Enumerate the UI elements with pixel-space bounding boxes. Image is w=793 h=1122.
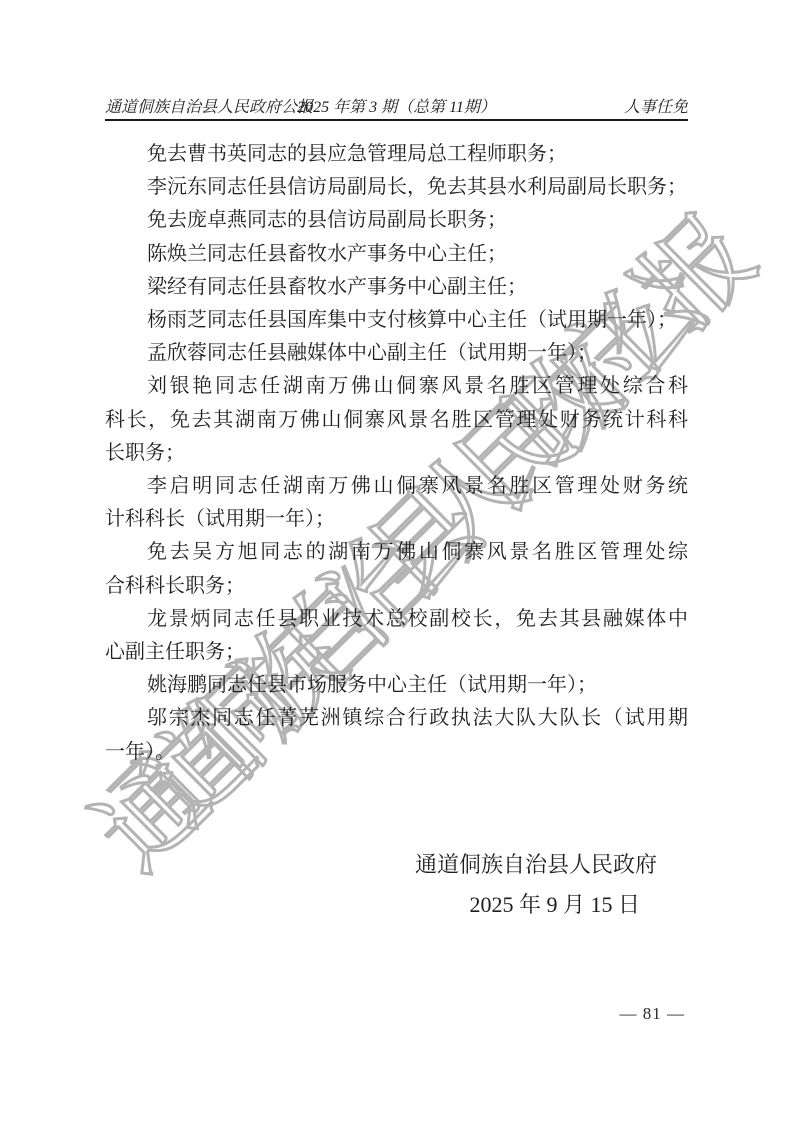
body-line: 合科科长职务； bbox=[105, 570, 688, 603]
running-header: 通道侗族自治县人民政府公报 2025 年第 3 期（总第 11期） 人事任免 bbox=[105, 92, 688, 121]
body-line: 李启明同志任湖南万佛山侗寨风景名胜区管理处财务统 bbox=[105, 470, 688, 503]
signature-organization: 通道侗族自治县人民政府 bbox=[415, 848, 657, 879]
body-line: 刘银艳同志任湖南万佛山侗寨风景名胜区管理处综合科 bbox=[105, 370, 688, 403]
body-line: 龙景炳同志任县职业技术总校副校长，免去其县融媒体中 bbox=[105, 603, 688, 636]
body-line: 一年）。 bbox=[105, 736, 688, 769]
body-line: 陈焕兰同志任县畜牧水产事务中心主任； bbox=[105, 238, 688, 271]
body-line: 姚海鹏同志任县市场服务中心主任（试用期一年）； bbox=[105, 669, 688, 702]
signature-date: 2025 年 9 月 15 日 bbox=[469, 888, 640, 919]
body-line: 梁经有同志任县畜牧水产事务中心副主任； bbox=[105, 271, 688, 304]
body-line: 科长，免去其湖南万佛山侗寨风景名胜区管理处财务统计科科 bbox=[105, 404, 688, 437]
body-line: 长职务； bbox=[105, 437, 688, 470]
body-line: 孟欣蓉同志任县融媒体中心副主任（试用期一年）； bbox=[105, 337, 688, 370]
body-line: 免去曹书英同志的县应急管理局总工程师职务； bbox=[105, 138, 688, 171]
header-gazette-title: 通道侗族自治县人民政府公报 bbox=[105, 94, 313, 117]
body-line: 李沅东同志任县信访局副局长，免去其县水利局副局长职务； bbox=[105, 171, 688, 204]
body-line: 心副主任职务； bbox=[105, 636, 688, 669]
body-line: 免去吴方旭同志的湖南万佛山侗寨风景名胜区管理处综 bbox=[105, 536, 688, 569]
page-number: — 81 — bbox=[620, 1004, 686, 1024]
header-section-title: 人事任免 bbox=[624, 94, 688, 117]
header-issue-number: 2025 年第 3 期（总第 11期） bbox=[297, 94, 496, 117]
document-page: 通道侗族自治县人民政府公报 通道侗族自治县人民政府公报 2025 年第 3 期（… bbox=[0, 0, 793, 1122]
body-line: 计科科长（试用期一年）； bbox=[105, 503, 688, 536]
body-line: 邬宗杰同志任菁芜洲镇综合行政执法大队大队长（试用期 bbox=[105, 702, 688, 735]
body-line: 杨雨芝同志任县国库集中支付核算中心主任（试用期一年）； bbox=[105, 304, 688, 337]
page-content: 通道侗族自治县人民政府公报 2025 年第 3 期（总第 11期） 人事任免 免… bbox=[0, 0, 793, 1122]
body-line: 免去庞卓燕同志的县信访局副局长职务； bbox=[105, 204, 688, 237]
document-body: 免去曹书英同志的县应急管理局总工程师职务；李沅东同志任县信访局副局长，免去其县水… bbox=[105, 138, 688, 769]
